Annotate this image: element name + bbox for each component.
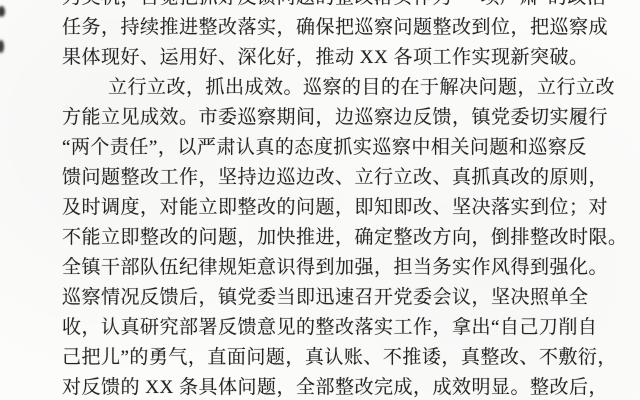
scan-edge-smudge	[0, 40, 4, 53]
document-line-9: 不能立即整改的问题，加快推进，确定整改方向，倒排整改时限。	[62, 223, 578, 253]
document-line-14: 对反馈的 XX 条具体问题，全部整改完成，成效明显。整改后，	[62, 373, 578, 400]
document-line-8: 及时调度，对能立即整改的问题，即知即改、坚决落实到位；对	[62, 193, 578, 223]
document-line-5: 方能立见成效。市委巡察期间，边巡察边反馈，镇党委切实履行	[62, 103, 578, 133]
document-line-11: 巡察情况反馈后，镇党委当即迅速召开党委会议，坚决照单全	[62, 283, 578, 313]
scanned-document-page: 为契机，自觉把抓好反馈问题的整改落实作为“一项严肃”的政治 任务，持续推进整改落…	[0, 0, 640, 400]
document-line-12: 收，认真研究部署反馈意见的整改落实工作，拿出“自己刀削自	[62, 313, 578, 343]
document-line-2: 任务，持续推进整改落实，确保把巡察问题整改到位，把巡察成	[62, 13, 578, 43]
document-body: 为契机，自觉把抓好反馈问题的整改落实作为“一项严肃”的政治 任务，持续推进整改落…	[62, 0, 578, 400]
scan-edge-smudge	[0, 6, 5, 17]
document-line-6: “两个责任”，以严肃认真的态度抓实巡察中相关问题和巡察反	[62, 133, 578, 163]
document-line-3: 果体现好、运用好、深化好，推动 XX 各项工作实现新突破。	[62, 43, 578, 73]
document-line-13: 己把儿”的勇气，直面问题，真认账、不推诿，真整改、不敷衍，	[62, 343, 578, 373]
document-line-4: 立行立改，抓出成效。巡察的目的在于解决问题，立行立改	[62, 73, 578, 103]
document-line-1: 为契机，自觉把抓好反馈问题的整改落实作为“一项严肃”的政治	[62, 0, 578, 13]
document-line-7: 馈问题整改工作，坚持边巡边改、立行立改、真抓真改的原则，	[62, 163, 578, 193]
document-line-10: 全镇干部队伍纪律规矩意识得到加强，担当务实作风得到强化。	[62, 253, 578, 283]
